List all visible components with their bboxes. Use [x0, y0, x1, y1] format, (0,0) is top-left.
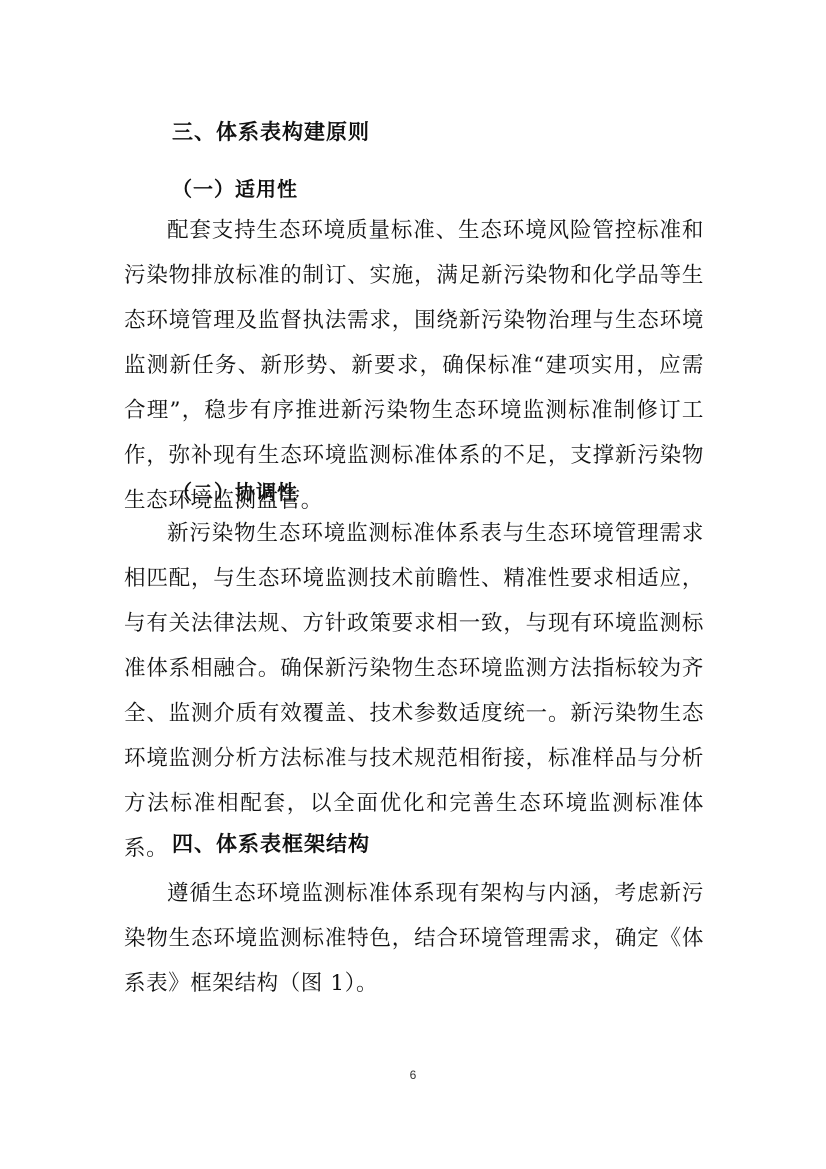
subsection-heading-applicability: （一）适用性 [172, 173, 298, 202]
paragraph-framework: 遵循生态环境监测标准体系现有架构与内涵，考虑新污染物生态环境监测标准特色，结合环… [124, 871, 704, 1006]
subsection-heading-coordination: （二）协调性 [172, 476, 298, 505]
page-number: 6 [0, 1068, 826, 1082]
section-heading-principles: 三、体系表构建原则 [172, 116, 370, 146]
section-heading-framework: 四、体系表框架结构 [172, 828, 370, 858]
paragraph-coordination: 新污染物生态环境监测标准体系表与生态环境管理需求相匹配，与生态环境监测技术前瞻性… [124, 511, 704, 871]
